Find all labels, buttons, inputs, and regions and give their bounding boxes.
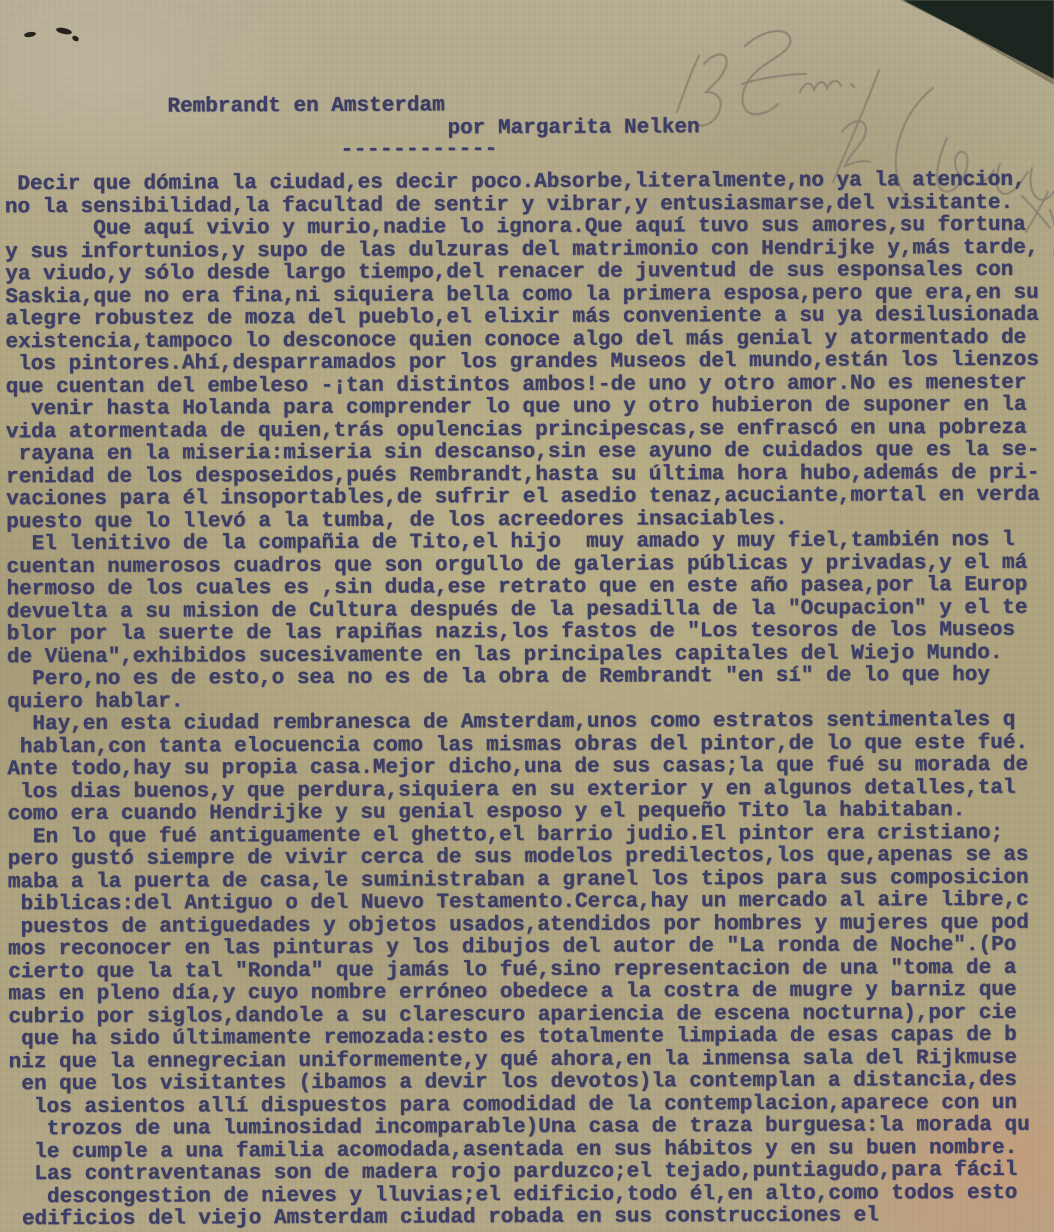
page-title: Rembrandt en Amsterdam — [167, 94, 444, 118]
body-line: Pero,no es de esto,o sea no es de la obr… — [7, 664, 1054, 691]
scanned-page: Rembrandt en Amsterdam por Margarita Nel… — [0, 0, 1054, 1232]
body-line: vaciones para él insoportables,de sufrir… — [6, 484, 1054, 511]
body-text: Decir que dómina la ciudad,es decir poco… — [5, 169, 1054, 1231]
typewritten-content: Rembrandt en Amsterdam por Margarita Nel… — [0, 0, 1054, 1232]
body-line: edificios del viejo Amsterdam ciudad rob… — [9, 1204, 1054, 1231]
byline: por Margarita Nelken — [448, 116, 700, 140]
divider-dashes: ------------ — [341, 138, 498, 162]
